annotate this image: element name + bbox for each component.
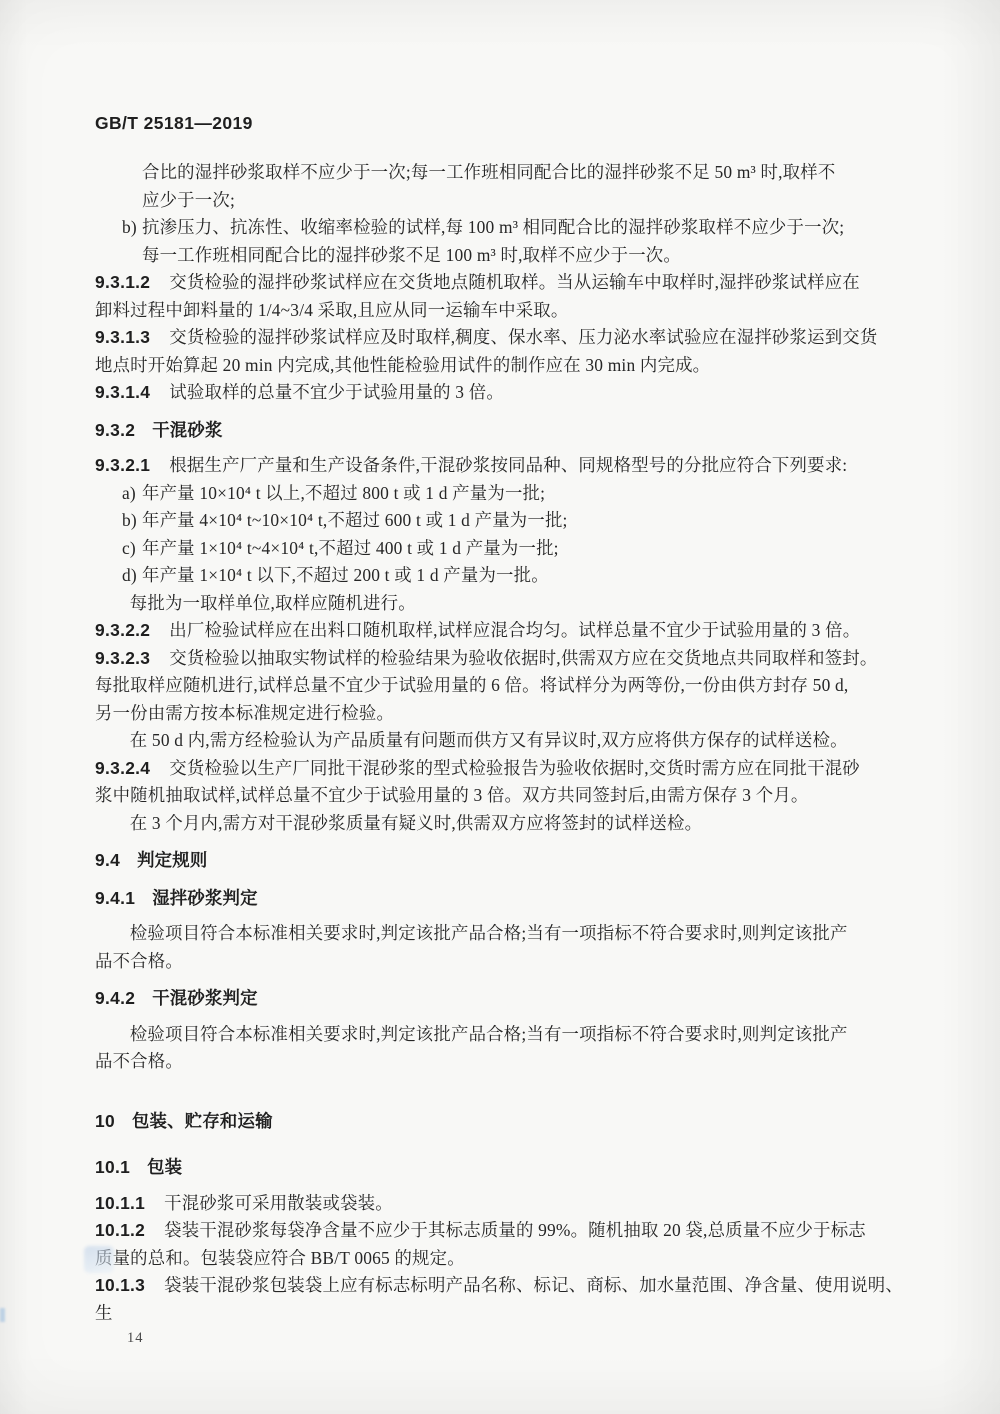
- paragraph-text: 交货检验的湿拌砂浆试样应及时取样,稠度、保水率、压力泌水率试验应在湿拌砂浆运到交…: [95, 327, 877, 375]
- paragraph-text: 每批为一取样单位,取样应随机进行。: [130, 593, 416, 613]
- clause-number: 9.4.2: [95, 988, 135, 1008]
- clause-number: 10.1.2: [95, 1220, 145, 1240]
- paragraph-text: 判定规则: [137, 850, 207, 870]
- list-item: b)抗渗压力、抗冻性、收缩率检验的试样,每 100 m³ 相同配合比的湿拌砂浆取…: [122, 214, 908, 269]
- section-heading: 9.4判定规则: [95, 847, 908, 875]
- clause-number: 9.3.2.1: [95, 455, 150, 475]
- paragraph-text: 检验项目符合本标准相关要求时,判定该批产品合格;当有一项指标不符合要求时,则判定…: [95, 1024, 848, 1072]
- paragraph-text: 袋装干混砂浆每袋净含量不应少于其标志质量的 99%。随机抽取 20 袋,总质量不…: [95, 1220, 866, 1268]
- paragraph-text: 袋装干混砂浆包装袋上应有标志标明产品名称、标记、商标、加水量范围、净含量、使用说…: [95, 1275, 903, 1323]
- list-marker: a): [122, 480, 142, 508]
- list-marker: b): [122, 214, 142, 269]
- clause-number: 9.3.2: [95, 420, 135, 440]
- clause-paragraph: 10.1.2袋装干混砂浆每袋净含量不应少于其标志质量的 99%。随机抽取 20 …: [95, 1217, 908, 1272]
- scan-edge-artifact: [0, 1308, 5, 1322]
- list-marker: c): [122, 535, 142, 563]
- document-body: 合比的湿拌砂浆取样不应少于一次;每一工作班相同配合比的湿拌砂浆不足 50 m³ …: [95, 159, 908, 1327]
- standard-number: GB/T 25181—2019: [95, 112, 908, 134]
- clause-number: 9.4.1: [95, 888, 135, 908]
- clause-paragraph: 9.3.1.2交货检验的湿拌砂浆试样应在交货地点随机取样。当从运输车中取样时,湿…: [95, 269, 908, 324]
- clause-paragraph: 9.3.1.4试验取样的总量不宜少于试验用量的 3 倍。: [95, 379, 908, 407]
- list-item-continuation: 合比的湿拌砂浆取样不应少于一次;每一工作班相同配合比的湿拌砂浆不足 50 m³ …: [142, 159, 908, 214]
- section-heading: 9.3.2干混砂浆: [95, 417, 908, 445]
- section-heading: 10.1包装: [95, 1154, 908, 1182]
- clause-number: 10.1.3: [95, 1275, 145, 1295]
- paragraph-text: 年产量 1×10⁴ t~4×10⁴ t,不超过 400 t 或 1 d 产量为一…: [142, 535, 908, 563]
- clause-number: 9.4: [95, 850, 120, 870]
- paragraph-text: 干混砂浆可采用散装或袋装。: [164, 1193, 393, 1213]
- body-paragraph: 检验项目符合本标准相关要求时,判定该批产品合格;当有一项指标不符合要求时,则判定…: [95, 1021, 908, 1076]
- paragraph-text: 年产量 1×10⁴ t 以下,不超过 200 t 或 1 d 产量为一批。: [142, 562, 908, 590]
- clause-number: 9.3.2.3: [95, 648, 150, 668]
- list-item: c)年产量 1×10⁴ t~4×10⁴ t,不超过 400 t 或 1 d 产量…: [122, 535, 908, 563]
- paragraph-text: 抗渗压力、抗冻性、收缩率检验的试样,每 100 m³ 相同配合比的湿拌砂浆取样不…: [142, 214, 908, 269]
- chapter-heading: 10包装、贮存和运输: [95, 1108, 908, 1136]
- clause-number: 9.3.2.4: [95, 758, 150, 778]
- list-marker: d): [122, 562, 142, 590]
- paragraph-text: 根据生产厂产量和生产设备条件,干混砂浆按同品种、同规格型号的分批应符合下列要求:: [169, 455, 847, 475]
- paragraph-text: 湿拌砂浆判定: [152, 888, 258, 908]
- paragraph-text: 包装、贮存和运输: [132, 1111, 273, 1131]
- clause-number: 9.3.1.2: [95, 272, 150, 292]
- clause-paragraph: 9.3.2.1根据生产厂产量和生产设备条件,干混砂浆按同品种、同规格型号的分批应…: [95, 452, 908, 480]
- section-heading: 9.4.2干混砂浆判定: [95, 985, 908, 1013]
- paragraph-text: 检验项目符合本标准相关要求时,判定该批产品合格;当有一项指标不符合要求时,则判定…: [95, 923, 848, 971]
- list-item: b)年产量 4×10⁴ t~10×10⁴ t,不超过 600 t 或 1 d 产…: [122, 507, 908, 535]
- paragraph-text: 出厂检验试样应在出料口随机取样,试样应混合均匀。试样总量不宜少于试验用量的 3 …: [169, 620, 860, 640]
- body-paragraph: 检验项目符合本标准相关要求时,判定该批产品合格;当有一项指标不符合要求时,则判定…: [95, 920, 908, 975]
- clause-paragraph: 10.1.1干混砂浆可采用散装或袋装。: [95, 1190, 908, 1218]
- scan-smudge-artifact: [84, 1246, 114, 1273]
- page-number: 14: [127, 1330, 908, 1347]
- list-item: d)年产量 1×10⁴ t 以下,不超过 200 t 或 1 d 产量为一批。: [122, 562, 908, 590]
- paragraph-text: 年产量 4×10⁴ t~10×10⁴ t,不超过 600 t 或 1 d 产量为…: [142, 507, 908, 535]
- paragraph-text: 包装: [147, 1157, 182, 1177]
- document-page: GB/T 25181—2019 合比的湿拌砂浆取样不应少于一次;每一工作班相同配…: [0, 0, 1000, 1414]
- clause-paragraph: 9.3.2.2出厂检验试样应在出料口随机取样,试样应混合均匀。试样总量不宜少于试…: [95, 617, 908, 645]
- paragraph-text: 干混砂浆: [152, 420, 222, 440]
- section-heading: 9.4.1湿拌砂浆判定: [95, 885, 908, 913]
- list-item: a)年产量 10×10⁴ t 以上,不超过 800 t 或 1 d 产量为一批;: [122, 480, 908, 508]
- list-marker: b): [122, 507, 142, 535]
- clause-number: 9.3.2.2: [95, 620, 150, 640]
- body-paragraph: 在 3 个月内,需方对干混砂浆质量有疑义时,供需双方应将签封的试样送检。: [95, 810, 908, 838]
- clause-paragraph: 9.3.1.3交货检验的湿拌砂浆试样应及时取样,稠度、保水率、压力泌水率试验应在…: [95, 324, 908, 379]
- paragraph-text: 干混砂浆判定: [152, 988, 258, 1008]
- clause-paragraph: 9.3.2.4交货检验以生产厂同批干混砂浆的型式检验报告为验收依据时,交货时需方…: [95, 755, 908, 810]
- clause-number: 9.3.1.3: [95, 327, 150, 347]
- clause-number: 10.1.1: [95, 1193, 145, 1213]
- paragraph-text: 合比的湿拌砂浆取样不应少于一次;每一工作班相同配合比的湿拌砂浆不足 50 m³ …: [142, 162, 835, 210]
- paragraph-text: 交货检验以生产厂同批干混砂浆的型式检验报告为验收依据时,交货时需方应在同批干混砂…: [95, 758, 860, 806]
- paragraph-text: 在 50 d 内,需方经检验认为产品质量有问题而供方又有异议时,双方应将供方保存…: [130, 730, 848, 750]
- body-paragraph: 每批为一取样单位,取样应随机进行。: [95, 590, 908, 618]
- paragraph-text: 在 3 个月内,需方对干混砂浆质量有疑义时,供需双方应将签封的试样送检。: [130, 813, 702, 833]
- paragraph-text: 年产量 10×10⁴ t 以上,不超过 800 t 或 1 d 产量为一批;: [142, 480, 908, 508]
- clause-paragraph: 9.3.2.3交货检验以抽取实物试样的检验结果为验收依据时,供需双方应在交货地点…: [95, 645, 908, 728]
- paragraph-text: 试验取样的总量不宜少于试验用量的 3 倍。: [169, 382, 504, 402]
- clause-paragraph: 10.1.3袋装干混砂浆包装袋上应有标志标明产品名称、标记、商标、加水量范围、净…: [95, 1272, 908, 1327]
- clause-number: 10: [95, 1111, 115, 1131]
- paragraph-text: 交货检验以抽取实物试样的检验结果为验收依据时,供需双方应在交货地点共同取样和签封…: [95, 648, 877, 723]
- body-paragraph: 在 50 d 内,需方经检验认为产品质量有问题而供方又有异议时,双方应将供方保存…: [95, 727, 908, 755]
- paragraph-text: 交货检验的湿拌砂浆试样应在交货地点随机取样。当从运输车中取样时,湿拌砂浆试样应在…: [95, 272, 860, 320]
- clause-number: 10.1: [95, 1157, 130, 1177]
- clause-number: 9.3.1.4: [95, 382, 150, 402]
